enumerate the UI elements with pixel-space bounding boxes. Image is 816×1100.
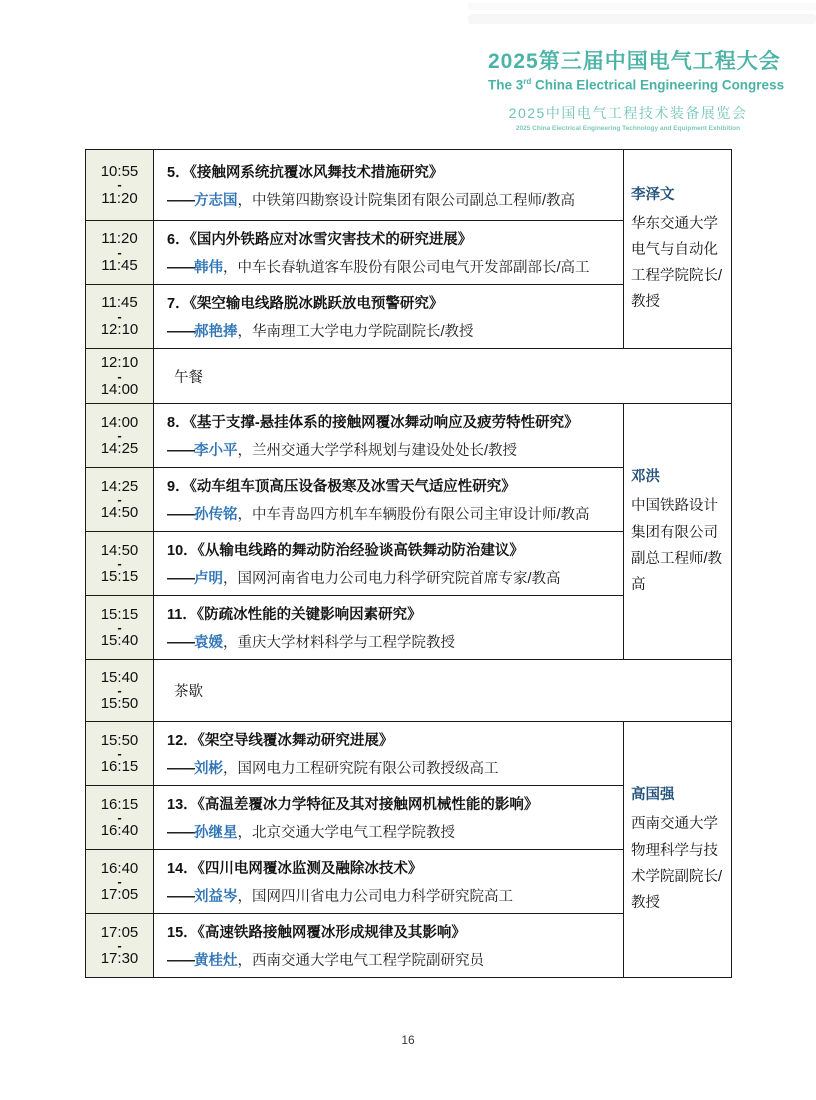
- speaker-line: ——袁媛，重庆大学材料科学与工程学院教授: [167, 631, 619, 652]
- talk-cell: 15．《高速铁路接触网覆冰形成规律及其影响》 ——黄桂灶，西南交通大学电气工程学…: [154, 914, 624, 978]
- speaker-line: ——黄桂灶，西南交通大学电气工程学院副研究员: [167, 949, 619, 970]
- talk-cell: 10．《从输电线路的舞动防治经验谈高铁舞动防治建议》 ——卢明，国网河南省电力公…: [154, 532, 624, 596]
- speaker-name: 李小平: [194, 443, 238, 459]
- speaker-affiliation: ，国网电力工程研究院有限公司教授级高工: [223, 761, 499, 777]
- speaker-dash: ——: [167, 953, 194, 969]
- time-cell: 15:15 - 15:40: [86, 596, 154, 660]
- time-separator: -: [86, 249, 153, 256]
- time-cell: 11:20 - 11:45: [86, 221, 154, 285]
- time-end: 15:40: [86, 631, 153, 651]
- speaker-name: 方志国: [194, 193, 238, 209]
- talk-title: 13．《高温差覆冰力学特征及其对接触网机械性能的影响》: [167, 793, 619, 814]
- talk-cell: 7．《架空输电线路脱冰跳跃放电预警研究》 ——郝艳捧，华南理工大学电力学院副院长…: [154, 285, 624, 349]
- time-separator: -: [86, 373, 153, 380]
- speaker-name: 孙传铭: [194, 507, 238, 523]
- speaker-dash: ——: [167, 571, 194, 587]
- chair-name: 李泽文: [631, 183, 729, 204]
- exhibition-subtitle-cn: 2025中国电气工程技术装备展览会: [488, 103, 768, 123]
- break-row: 15:40 - 15:50 茶歇: [86, 660, 732, 722]
- decorative-band-bottom: [468, 14, 816, 24]
- time-cell: 11:45 - 12:10: [86, 285, 154, 349]
- time-cell: 14:50 - 15:15: [86, 532, 154, 596]
- schedule-table: 10:55 - 11:20 5．《接触网系统抗覆冰风舞技术措施研究》 ——方志国…: [85, 149, 732, 978]
- time-cell: 17:05 - 17:30: [86, 914, 154, 978]
- speaker-affiliation: ，重庆大学材料科学与工程学院教授: [223, 635, 455, 651]
- break-cell: 茶歇: [154, 660, 732, 722]
- time-end: 11:45: [86, 256, 153, 276]
- time-separator: -: [86, 942, 153, 949]
- page-number: 16: [0, 1033, 816, 1047]
- speaker-line: ——卢明，国网河南省电力公司电力科学研究院首席专家/教高: [167, 567, 619, 588]
- talk-cell: 5．《接触网系统抗覆冰风舞技术措施研究》 ——方志国，中铁第四勘察设计院集团有限…: [154, 150, 624, 221]
- time-cell: 15:40 - 15:50: [86, 660, 154, 722]
- time-separator: -: [86, 496, 153, 503]
- time-end: 16:15: [86, 757, 153, 777]
- event-title-en-prefix: The 3: [488, 78, 523, 93]
- time-cell: 12:10 - 14:00: [86, 349, 154, 404]
- time-cell: 15:50 - 16:15: [86, 722, 154, 786]
- speaker-name: 刘彬: [194, 761, 223, 777]
- speaker-dash: ——: [167, 507, 194, 523]
- chair-cell: 高国强 西南交通大学物理科学与技术学院副院长/教授: [624, 722, 732, 978]
- speaker-affiliation: ，西南交通大学电气工程学院副研究员: [238, 953, 485, 969]
- speaker-line: ——郝艳捧，华南理工大学电力学院副院长/教授: [167, 320, 619, 341]
- time-separator: -: [86, 814, 153, 821]
- time-separator: -: [86, 878, 153, 885]
- speaker-name: 郝艳捧: [194, 324, 238, 340]
- event-title-en-suffix: China Electrical Engineering Congress: [531, 78, 784, 93]
- time-cell: 14:00 - 14:25: [86, 404, 154, 468]
- speaker-affiliation: ，中车青岛四方机车车辆股份有限公司主审设计师/教高: [238, 507, 590, 523]
- talk-cell: 13．《高温差覆冰力学特征及其对接触网机械性能的影响》 ——孙继星，北京交通大学…: [154, 786, 624, 850]
- speaker-affiliation: ，华南理工大学电力学院副院长/教授: [238, 324, 474, 340]
- time-separator: -: [86, 432, 153, 439]
- talk-cell: 11．《防疏冰性能的关键影响因素研究》 ——袁媛，重庆大学材料科学与工程学院教授: [154, 596, 624, 660]
- speaker-name: 卢明: [194, 571, 223, 587]
- speaker-line: ——韩伟，中车长春轨道客车股份有限公司电气开发部副部长/高工: [167, 256, 619, 277]
- talk-title: 6．《国内外铁路应对冰雪灾害技术的研究进展》: [167, 228, 619, 249]
- time-end: 14:25: [86, 439, 153, 459]
- talk-title: 11．《防疏冰性能的关键影响因素研究》: [167, 603, 619, 624]
- speaker-name: 韩伟: [194, 260, 223, 276]
- speaker-dash: ——: [167, 825, 194, 841]
- speaker-dash: ——: [167, 889, 194, 905]
- speaker-line: ——刘益岑，国网四川省电力公司电力科学研究院高工: [167, 885, 619, 906]
- time-end: 17:05: [86, 885, 153, 905]
- time-end: 11:20: [86, 189, 153, 209]
- speaker-name: 黄桂灶: [194, 953, 238, 969]
- event-title-en: The 3rd China Electrical Engineering Con…: [488, 77, 768, 93]
- talk-title: 5．《接触网系统抗覆冰风舞技术措施研究》: [167, 161, 619, 182]
- exhibition-subtitle-en: 2025 China Electrical Engineering Techno…: [488, 125, 768, 132]
- chair-cell: 李泽文 华东交通大学电气与自动化工程学院院长/教授: [624, 150, 732, 349]
- speaker-affiliation: ，国网河南省电力公司电力科学研究院首席专家/教高: [223, 571, 561, 587]
- speaker-dash: ——: [167, 193, 194, 209]
- speaker-dash: ——: [167, 324, 194, 340]
- break-cell: 午餐: [154, 349, 732, 404]
- speaker-affiliation: ，北京交通大学电气工程学院教授: [238, 825, 456, 841]
- talk-cell: 12．《架空导线覆冰舞动研究进展》 ——刘彬，国网电力工程研究院有限公司教授级高…: [154, 722, 624, 786]
- time-cell: 16:15 - 16:40: [86, 786, 154, 850]
- speaker-dash: ——: [167, 761, 194, 777]
- speaker-dash: ——: [167, 635, 194, 651]
- time-end: 15:50: [86, 694, 153, 714]
- event-title-cn: 2025第三届中国电气工程大会: [488, 45, 768, 75]
- time-separator: -: [86, 181, 153, 188]
- speaker-name: 袁媛: [194, 635, 223, 651]
- chair-affiliation: 华东交通大学电气与自动化工程学院院长/教授: [631, 211, 729, 315]
- talk-cell: 6．《国内外铁路应对冰雪灾害技术的研究进展》 ——韩伟，中车长春轨道客车股份有限…: [154, 221, 624, 285]
- time-end: 17:30: [86, 949, 153, 969]
- time-end: 14:50: [86, 503, 153, 523]
- speaker-affiliation: ，国网四川省电力公司电力科学研究院高工: [238, 889, 514, 905]
- speaker-line: ——方志国，中铁第四勘察设计院集团有限公司副总工程师/教高: [167, 189, 619, 210]
- time-end: 12:10: [86, 320, 153, 340]
- speaker-line: ——孙传铭，中车青岛四方机车车辆股份有限公司主审设计师/教高: [167, 503, 619, 524]
- talk-title: 9．《动车组车顶高压设备极寒及冰雪天气适应性研究》: [167, 475, 619, 496]
- chair-affiliation: 西南交通大学物理科学与技术学院副院长/教授: [631, 811, 729, 915]
- speaker-line: ——孙继星，北京交通大学电气工程学院教授: [167, 821, 619, 842]
- talk-title: 15．《高速铁路接触网覆冰形成规律及其影响》: [167, 921, 619, 942]
- time-end: 14:00: [86, 380, 153, 400]
- talk-title: 8．《基于支撑-悬挂体系的接触网覆冰舞动响应及疲劳特性研究》: [167, 411, 619, 432]
- speaker-affiliation: ，中铁第四勘察设计院集团有限公司副总工程师/教高: [238, 193, 576, 209]
- speaker-name: 刘益岑: [194, 889, 238, 905]
- talk-cell: 8．《基于支撑-悬挂体系的接触网覆冰舞动响应及疲劳特性研究》 ——李小平，兰州交…: [154, 404, 624, 468]
- schedule-row: 14:00 - 14:25 8．《基于支撑-悬挂体系的接触网覆冰舞动响应及疲劳特…: [86, 404, 732, 468]
- time-separator: -: [86, 750, 153, 757]
- speaker-line: ——刘彬，国网电力工程研究院有限公司教授级高工: [167, 757, 619, 778]
- speaker-affiliation: ，兰州交通大学学科规划与建设处处长/教授: [238, 443, 518, 459]
- chair-name: 邓洪: [631, 465, 729, 486]
- talk-title: 10．《从输电线路的舞动防治经验谈高铁舞动防治建议》: [167, 539, 619, 560]
- decorative-band-top: [468, 3, 816, 10]
- time-separator: -: [86, 624, 153, 631]
- speaker-name: 孙继星: [194, 825, 238, 841]
- time-separator: -: [86, 687, 153, 694]
- time-separator: -: [86, 313, 153, 320]
- time-cell: 16:40 - 17:05: [86, 850, 154, 914]
- chair-cell: 邓洪 中国铁路设计集团有限公司副总工程师/教高: [624, 404, 732, 660]
- talk-title: 12．《架空导线覆冰舞动研究进展》: [167, 729, 619, 750]
- speaker-dash: ——: [167, 443, 194, 459]
- speaker-affiliation: ，中车长春轨道客车股份有限公司电气开发部副部长/高工: [223, 260, 590, 276]
- time-separator: -: [86, 560, 153, 567]
- schedule-row: 15:50 - 16:15 12．《架空导线覆冰舞动研究进展》 ——刘彬，国网电…: [86, 722, 732, 786]
- event-header: 2025第三届中国电气工程大会 The 3rd China Electrical…: [488, 45, 768, 132]
- speaker-line: ——李小平，兰州交通大学学科规划与建设处处长/教授: [167, 439, 619, 460]
- time-cell: 10:55 - 11:20: [86, 150, 154, 221]
- time-end: 16:40: [86, 821, 153, 841]
- schedule-row: 10:55 - 11:20 5．《接触网系统抗覆冰风舞技术措施研究》 ——方志国…: [86, 150, 732, 221]
- talk-title: 14．《四川电网覆冰监测及融除冰技术》: [167, 857, 619, 878]
- chair-affiliation: 中国铁路设计集团有限公司副总工程师/教高: [631, 493, 729, 597]
- time-cell: 14:25 - 14:50: [86, 468, 154, 532]
- talk-cell: 14．《四川电网覆冰监测及融除冰技术》 ——刘益岑，国网四川省电力公司电力科学研…: [154, 850, 624, 914]
- talk-cell: 9．《动车组车顶高压设备极寒及冰雪天气适应性研究》 ——孙传铭，中车青岛四方机车…: [154, 468, 624, 532]
- talk-title: 7．《架空输电线路脱冰跳跃放电预警研究》: [167, 292, 619, 313]
- time-end: 15:15: [86, 567, 153, 587]
- break-row: 12:10 - 14:00 午餐: [86, 349, 732, 404]
- speaker-dash: ——: [167, 260, 194, 276]
- chair-name: 高国强: [631, 783, 729, 804]
